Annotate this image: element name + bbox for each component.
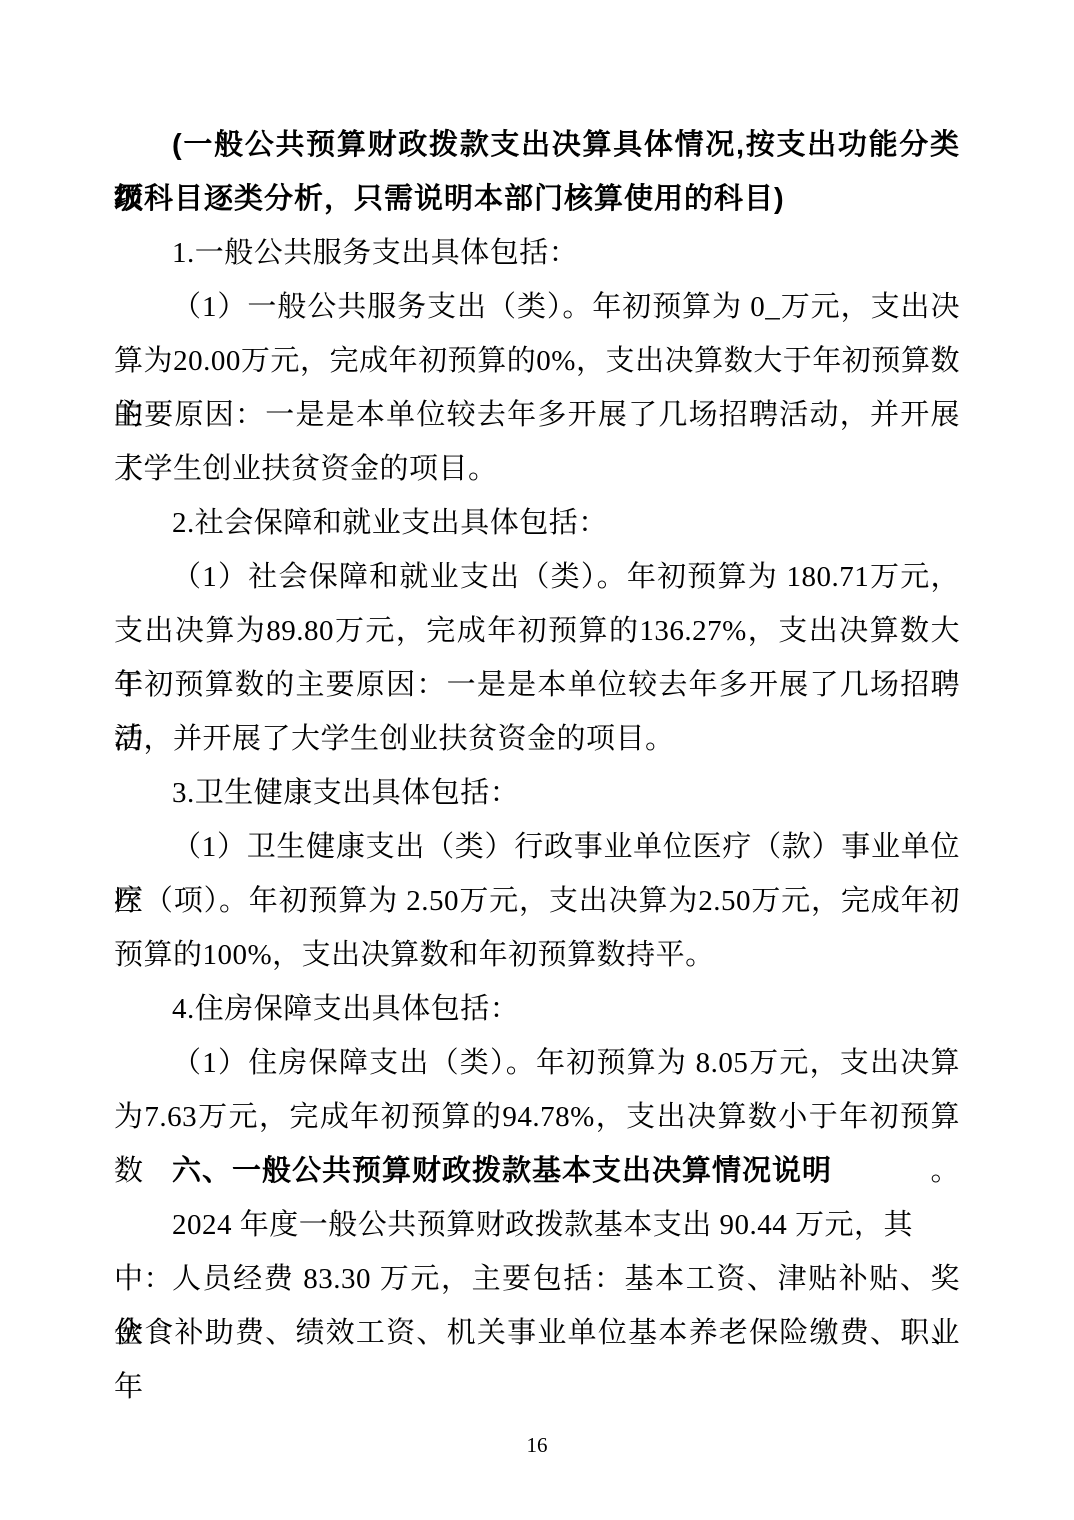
text-line: （1）卫生健康支出（类）行政事业单位医疗（款）事业单位医 — [114, 820, 960, 874]
text-line: 预算的100%，支出决算数和年初预算数持平。 — [114, 928, 960, 982]
text-line: （1）一般公共服务支出（类）。年初预算为 0_万元，支出决 — [114, 280, 960, 334]
text-line: 年初预算数的主要原因：一是是本单位较去年多开展了几场招聘活 — [114, 658, 960, 712]
text-line: 3.卫生健康支出具体包括： — [114, 766, 960, 820]
document-body: (一般公共预算财政拨款支出决算具体情况,按支出功能分类项级科目逐类分析，只需说明… — [114, 118, 960, 1360]
text-line: 伙食补助费、绩效工资、机关事业单位基本养老保险缴费、职业年 — [114, 1306, 960, 1360]
text-line: 级科目逐类分析，只需说明本部门核算使用的科目) — [114, 172, 960, 226]
text-line: 疗（项）。年初预算为 2.50万元，支出决算为2.50万元，完成年初 — [114, 874, 960, 928]
document-page: (一般公共预算财政拨款支出决算具体情况,按支出功能分类项级科目逐类分析，只需说明… — [0, 0, 1074, 1520]
text-line: （1）住房保障支出（类）。年初预算为 8.05万元，支出决算 — [114, 1036, 960, 1090]
text-line: 主要原因：一是是本单位较去年多开展了几场招聘活动，并开展了 — [114, 388, 960, 442]
text-line: 1.一般公共服务支出具体包括： — [114, 226, 960, 280]
text-line: 算为20.00万元，完成年初预算的0%，支出决算数大于年初预算数的 — [114, 334, 960, 388]
text-line: 2.社会保障和就业支出具体包括： — [114, 496, 960, 550]
text-line: （1）社会保障和就业支出（类）。年初预算为 180.71万元， — [114, 550, 960, 604]
text-line: 动，并开展了大学生创业扶贫资金的项目。 — [114, 712, 960, 766]
text-line: 人员经费 83.30 万元，主要包括：基本工资、津贴补贴、奖金、 — [114, 1252, 960, 1306]
text-line: 支出决算为89.80万元，完成年初预算的136.27%，支出决算数大于 — [114, 604, 960, 658]
text-line: 2024 年度一般公共预算财政拨款基本支出 90.44 万元，其中： — [114, 1198, 960, 1252]
text-line: 4.住房保障支出具体包括： — [114, 982, 960, 1036]
text-line: 为7.63万元，完成年初预算的94.78%，支出决算数小于年初预算数。 — [114, 1090, 960, 1144]
page-number: 16 — [0, 1430, 1074, 1460]
text-line: 大学生创业扶贫资金的项目。 — [114, 442, 960, 496]
text-line: (一般公共预算财政拨款支出决算具体情况,按支出功能分类项 — [114, 118, 960, 172]
